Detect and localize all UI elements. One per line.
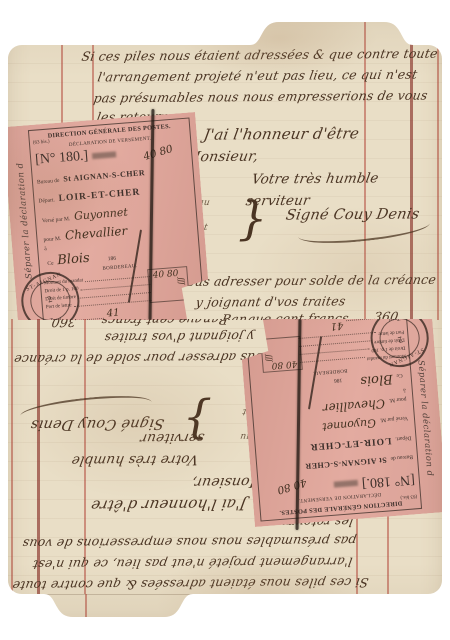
postal-receipt-label: Séparer la déclaration d DIRECTION GÉNÉR… [238, 319, 448, 527]
total-handwritten: 41 [106, 308, 120, 320]
handwritten-line: l'arrangement projeté n'eut pas lieu, ce… [97, 67, 419, 85]
dept-label: Départ. [38, 197, 55, 204]
place-handwritten: Blois [360, 371, 393, 388]
letter-half-content: Si ces piles nous étaient adressées & qu… [0, 45, 450, 320]
bureau-value: St AIGNAN-S-CHER [305, 455, 387, 470]
box-amount-handwritten: 40 80 [271, 358, 297, 370]
ink-smudge [334, 480, 358, 488]
label-number: [N° 180.] [361, 471, 415, 490]
handwritten-line: Si ces piles nous étaient adressées & qu… [80, 45, 450, 64]
postal-receipt-label: Séparer la déclaration d DIRECTION GÉNÉR… [3, 112, 213, 320]
handwritten-brace: } [238, 195, 267, 241]
box-amount-handwritten: 40 80 [152, 269, 178, 281]
margin-rule-right-3 [437, 45, 439, 320]
verse-handwritten: Guyonnet [322, 416, 377, 433]
handwritten-squiggles: ʃʃʃ [178, 277, 185, 284]
handwritten-line: pas présumables nous nous empresserions … [21, 534, 357, 552]
handwritten-line: pas présumables nous nous empresserions … [92, 88, 428, 106]
handwritten-line: Banque cent francs [100, 319, 229, 329]
bureau-label: Bureau de [37, 178, 60, 186]
vintage-letter-scan: { "letter": { "lines": [ "Si ces piles n… [0, 0, 450, 640]
pour-label: pour M. [43, 236, 61, 243]
handwritten-line: y joignant d'vos traites [103, 329, 255, 345]
tab-rule-extension [85, 594, 87, 617]
ce-label: Ce [396, 372, 403, 378]
pour-label: pour M. [388, 396, 406, 403]
handwritten-closing-1: Votre très humble [251, 170, 380, 187]
handwritten-salutation: J'ai l'honneur d'être [89, 495, 247, 514]
dept-label: Départ. [395, 434, 412, 441]
verse-handwritten: Guyonnet [74, 206, 129, 223]
pour-handwritten: Chevallier [322, 396, 385, 415]
amount-column-box: 40 80 [147, 266, 190, 303]
year-print: 186 [334, 377, 343, 384]
total-handwritten: 41 [330, 319, 344, 331]
handwritten-closing-1: Votre très humble [70, 451, 199, 468]
letter-half-content: Si ces piles nous étaient adressées & qu… [0, 319, 450, 594]
handwritten-line: l'arrangement projeté n'eut pas lieu, ce… [31, 555, 353, 573]
verse-label: Versé par M. [379, 415, 408, 423]
label-number: [N° 180.] [35, 149, 89, 168]
letter-half-bottom-rotated: Si ces piles nous étaient adressées & qu… [0, 319, 450, 595]
handwritten-amount: 360 [50, 319, 77, 330]
handwritten-line: y joignant d'vos traites [195, 293, 347, 309]
year-print: 186 [108, 256, 117, 263]
verse-label: Versé par M. [42, 216, 71, 224]
tab-rule-extension [364, 22, 366, 45]
ce-label: Ce [47, 261, 54, 267]
letter-half-top: Si ces piles nous étaient adressées & qu… [0, 45, 450, 320]
handwritten-squiggles: ʃʃʃ [266, 354, 273, 361]
handwritten-salutation: J'ai l'honneur d'être [202, 124, 360, 143]
tag-paper-shape: Si ces piles nous étaient adressées & qu… [0, 0, 450, 640]
place-handwritten: Blois [57, 251, 90, 268]
bureau-label: Bureau de [390, 453, 413, 461]
handwritten-amount: 40 80 [276, 476, 308, 496]
dept-value: LOIR-ET-CHER [309, 435, 391, 451]
handwritten-brace: } [183, 398, 212, 444]
ink-smudge [91, 151, 115, 159]
tab-rule-extension [410, 22, 413, 45]
